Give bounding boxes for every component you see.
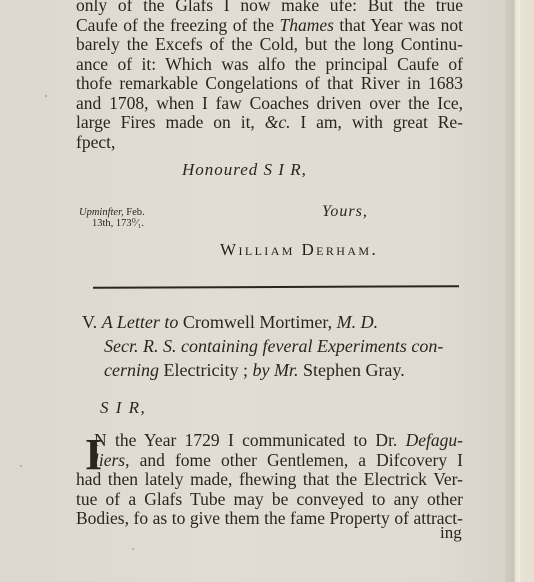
place: Upminfter, Feb. (79, 207, 145, 218)
text-line: N the Year 1729 I communicated to Dr. De… (76, 431, 463, 451)
text-line: liers, and fome other Gentlemen, a Difco… (76, 451, 463, 471)
heading-line: Secr. R. S. containing feveral Experimen… (82, 334, 464, 358)
text-line: barely the Excefs of the Cold, but the l… (76, 35, 463, 55)
text-line: ance of it: Which was alfo the principal… (76, 55, 463, 75)
paper-speck (132, 548, 134, 550)
signature: William Derham. (220, 240, 378, 260)
article-heading: V. A Letter to Cromwell Mortimer, M. D. … (82, 310, 464, 382)
text-line: and 1708, when I faw Coaches driven over… (76, 94, 463, 114)
text-line: large Fires made on it, &c. I am, with g… (76, 113, 463, 133)
text-line: tue of a Glafs Tube may be conveyed to a… (76, 490, 463, 510)
date: 13th, 173⁰⁄₁. (79, 218, 145, 229)
letter-body-paragraph: N the Year 1729 I communicated to Dr. De… (76, 431, 463, 529)
letter-ending-paragraph: only of the Glafs I now make ufe: But th… (76, 0, 463, 152)
text-line: Bodies, fo as to give them the fame Prop… (76, 509, 463, 529)
place-and-date: Upminfter, Feb. 13th, 173⁰⁄₁. (79, 207, 145, 229)
text-line: thofe remarkable Congelations of that Ri… (76, 74, 463, 94)
italic-etc: &c. (265, 112, 291, 132)
heading-line: V. A Letter to Cromwell Mortimer, M. D. (82, 310, 464, 334)
text-line: fpect, (76, 133, 463, 153)
paper-speck (45, 95, 47, 97)
closing-salutation: Honoured S I R, (182, 160, 307, 180)
italic-thames: Thames (279, 15, 333, 35)
author-name: Stephen Gray. (298, 360, 404, 380)
text-line: had then lately made, fhewing that the E… (76, 470, 463, 490)
text-line: only of the Glafs I now make ufe: But th… (76, 0, 463, 16)
valediction: Yours, (322, 203, 368, 221)
letter-salutation: S I R, (100, 398, 146, 418)
catchword: ing (440, 523, 462, 543)
heading-line: cerning Electricity ; by Mr. Stephen Gra… (82, 358, 464, 382)
page-edge (519, 0, 520, 582)
article-number: V. (82, 312, 97, 332)
text-line: Caufe of the freezing of the Thames that… (76, 16, 463, 36)
paper-speck (20, 465, 22, 467)
